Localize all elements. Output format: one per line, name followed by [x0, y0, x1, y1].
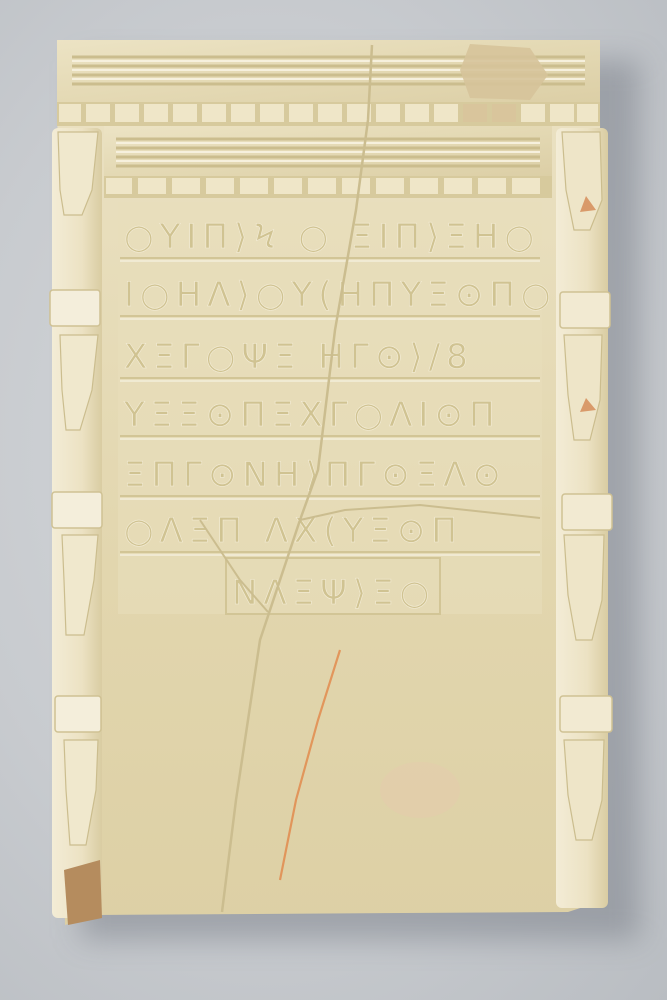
inscription-line-3: ΧΞΓ○ΨΞ ΗΓ⊙⟩/8	[124, 337, 474, 377]
inscription-line-4: ΥΞΞ⊙ΠΞΧΓ○ΛΙ⊙Π	[123, 395, 501, 435]
frieze-block	[52, 492, 102, 528]
frieze-block	[50, 290, 100, 326]
stele: ○ΥΙΠ⟩Ϟ ○ ΞΙΠ⟩ΞΗ○ Ι○ΗΛ⟩○Υ(ΗΠΥΞ⊙Π○ ΧΞΓ○ΨΞ …	[0, 0, 667, 1000]
right-ibex-frieze	[556, 128, 612, 908]
frieze-block	[560, 292, 610, 328]
lower-cornice	[104, 126, 552, 198]
inscription-line-6: ○ΛΞΠ ΛΧ(ΥΞ⊙Π	[124, 511, 463, 551]
left-ibex-frieze	[50, 128, 102, 925]
inscription-line-1: ○ΥΙΠ⟩Ϟ ○ ΞΙΠ⟩ΞΗ○	[124, 217, 540, 257]
frieze-block	[55, 696, 101, 732]
frieze-block	[562, 494, 612, 530]
upper-cornice	[57, 40, 600, 126]
frieze-block	[560, 696, 612, 732]
